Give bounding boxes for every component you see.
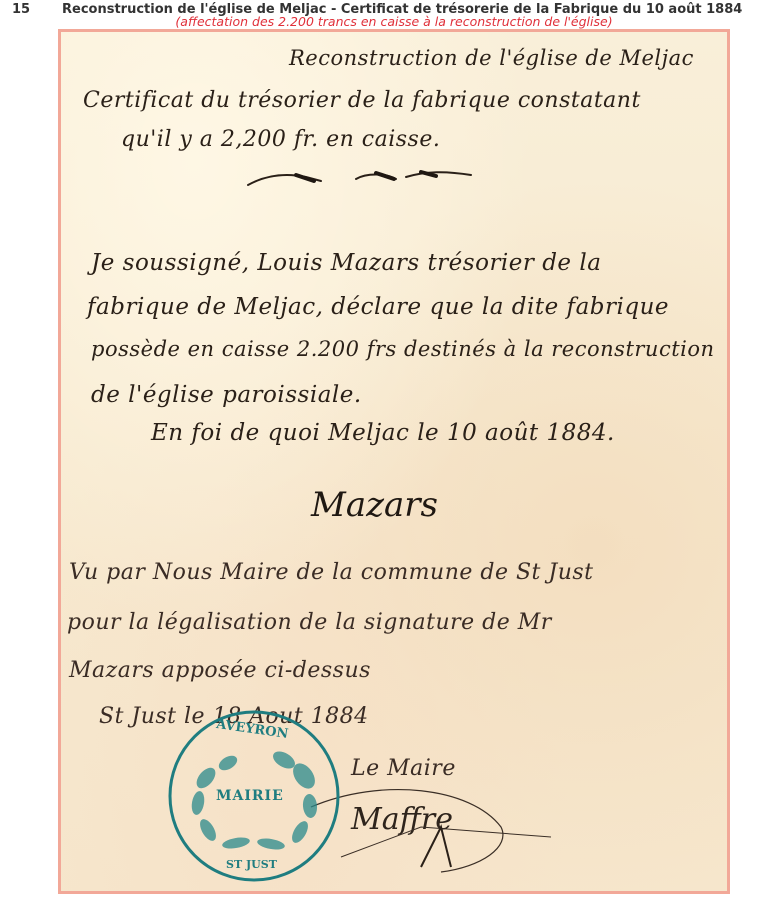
flourish-ornament-icon (246, 165, 476, 189)
legalization-line-1: Vu par Nous Maire de la commune de St Ju… (69, 560, 594, 585)
body-line-2: fabrique de Meljac, déclare que la dite … (87, 294, 669, 320)
body-line-5: En foi de quoi Meljac le 10 août 1884. (151, 420, 615, 446)
page-subtitle-text: (affectation des 2.200 trancs en caisse … (175, 14, 612, 29)
page-subtitle: (affectation des 2.200 trancs en caisse … (0, 14, 780, 29)
body-line-4: de l'église paroissiale. (91, 382, 362, 408)
stamp-bottom-text: ST JUST (226, 858, 277, 871)
body-line-1: Je soussigné, Louis Mazars trésorier de … (91, 250, 601, 276)
stamp-center-text: MAIRIE (216, 788, 284, 804)
legalization-line-3: Mazars apposée ci-dessus (69, 658, 371, 683)
mairie-stamp: AVEYRON MAIRIE ST JUST (166, 708, 342, 884)
heading-line-1: Reconstruction de l'église de Meljac (289, 46, 694, 70)
body-line-3: possède en caisse 2.200 frs destinés à l… (91, 337, 715, 361)
legalization-line-2: pour la légalisation de la signature de … (67, 610, 552, 635)
document-scan: Reconstruction de l'église de Meljac Cer… (58, 29, 730, 894)
treasurer-signature: Mazars (311, 485, 438, 525)
heading-line-2: Certificat du trésorier de la fabrique c… (83, 88, 641, 113)
heading-line-3: qu'il y a 2,200 fr. en caisse. (121, 127, 440, 152)
